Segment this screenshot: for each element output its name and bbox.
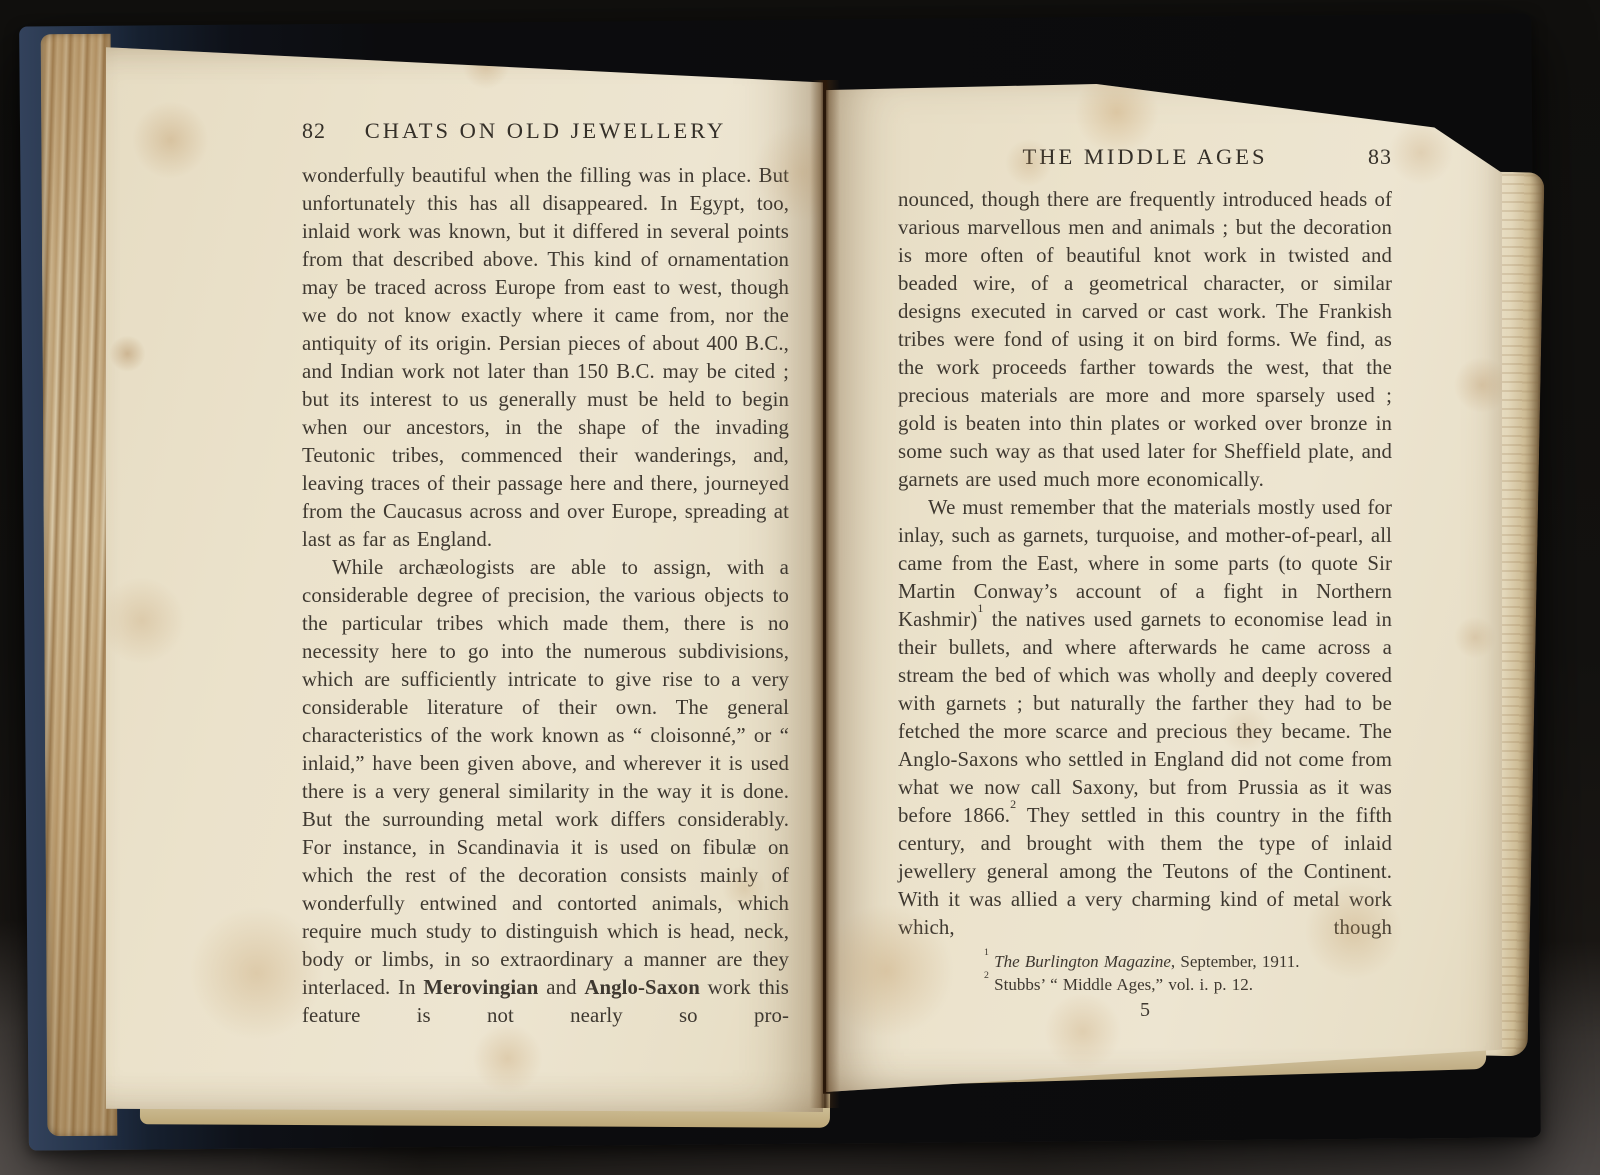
left-page-body: wonderfully beautiful when the filling w… (302, 162, 789, 1030)
book-photo: 82 CHATS ON OLD JEWELLERY wonderfully be… (0, 0, 1600, 1175)
left-page: 82 CHATS ON OLD JEWELLERY wonderfully be… (106, 44, 823, 1112)
footnotes: 1 The Burlington Magazine, September, 19… (898, 951, 1392, 996)
paragraph: wonderfully beautiful when the filling w… (302, 162, 789, 554)
left-running-title: CHATS ON OLD JEWELLERY (364, 118, 727, 144)
paragraph: We must remember that the materials most… (898, 494, 1392, 942)
footnote: 2 Stubbs’ “ Middle Ages,” vol. i. p. 12. (984, 974, 1392, 997)
left-page-header: 82 CHATS ON OLD JEWELLERY (302, 118, 789, 144)
paragraph: nounced, though there are frequently int… (898, 186, 1392, 494)
right-page-number: 83 (1330, 144, 1392, 170)
page-edges-left (41, 34, 118, 1136)
signature-mark: 5 (898, 999, 1392, 1022)
footnote: 1 The Burlington Magazine, September, 19… (984, 951, 1392, 974)
paragraph: While archæologists are able to assign, … (302, 554, 789, 1030)
right-running-title: THE MIDDLE AGES (960, 144, 1330, 170)
right-page-header: THE MIDDLE AGES 83 (898, 144, 1392, 170)
left-page-number: 82 (302, 118, 364, 144)
right-page: THE MIDDLE AGES 83 nounced, though there… (826, 82, 1502, 1092)
right-page-body: nounced, though there are frequently int… (898, 186, 1392, 942)
